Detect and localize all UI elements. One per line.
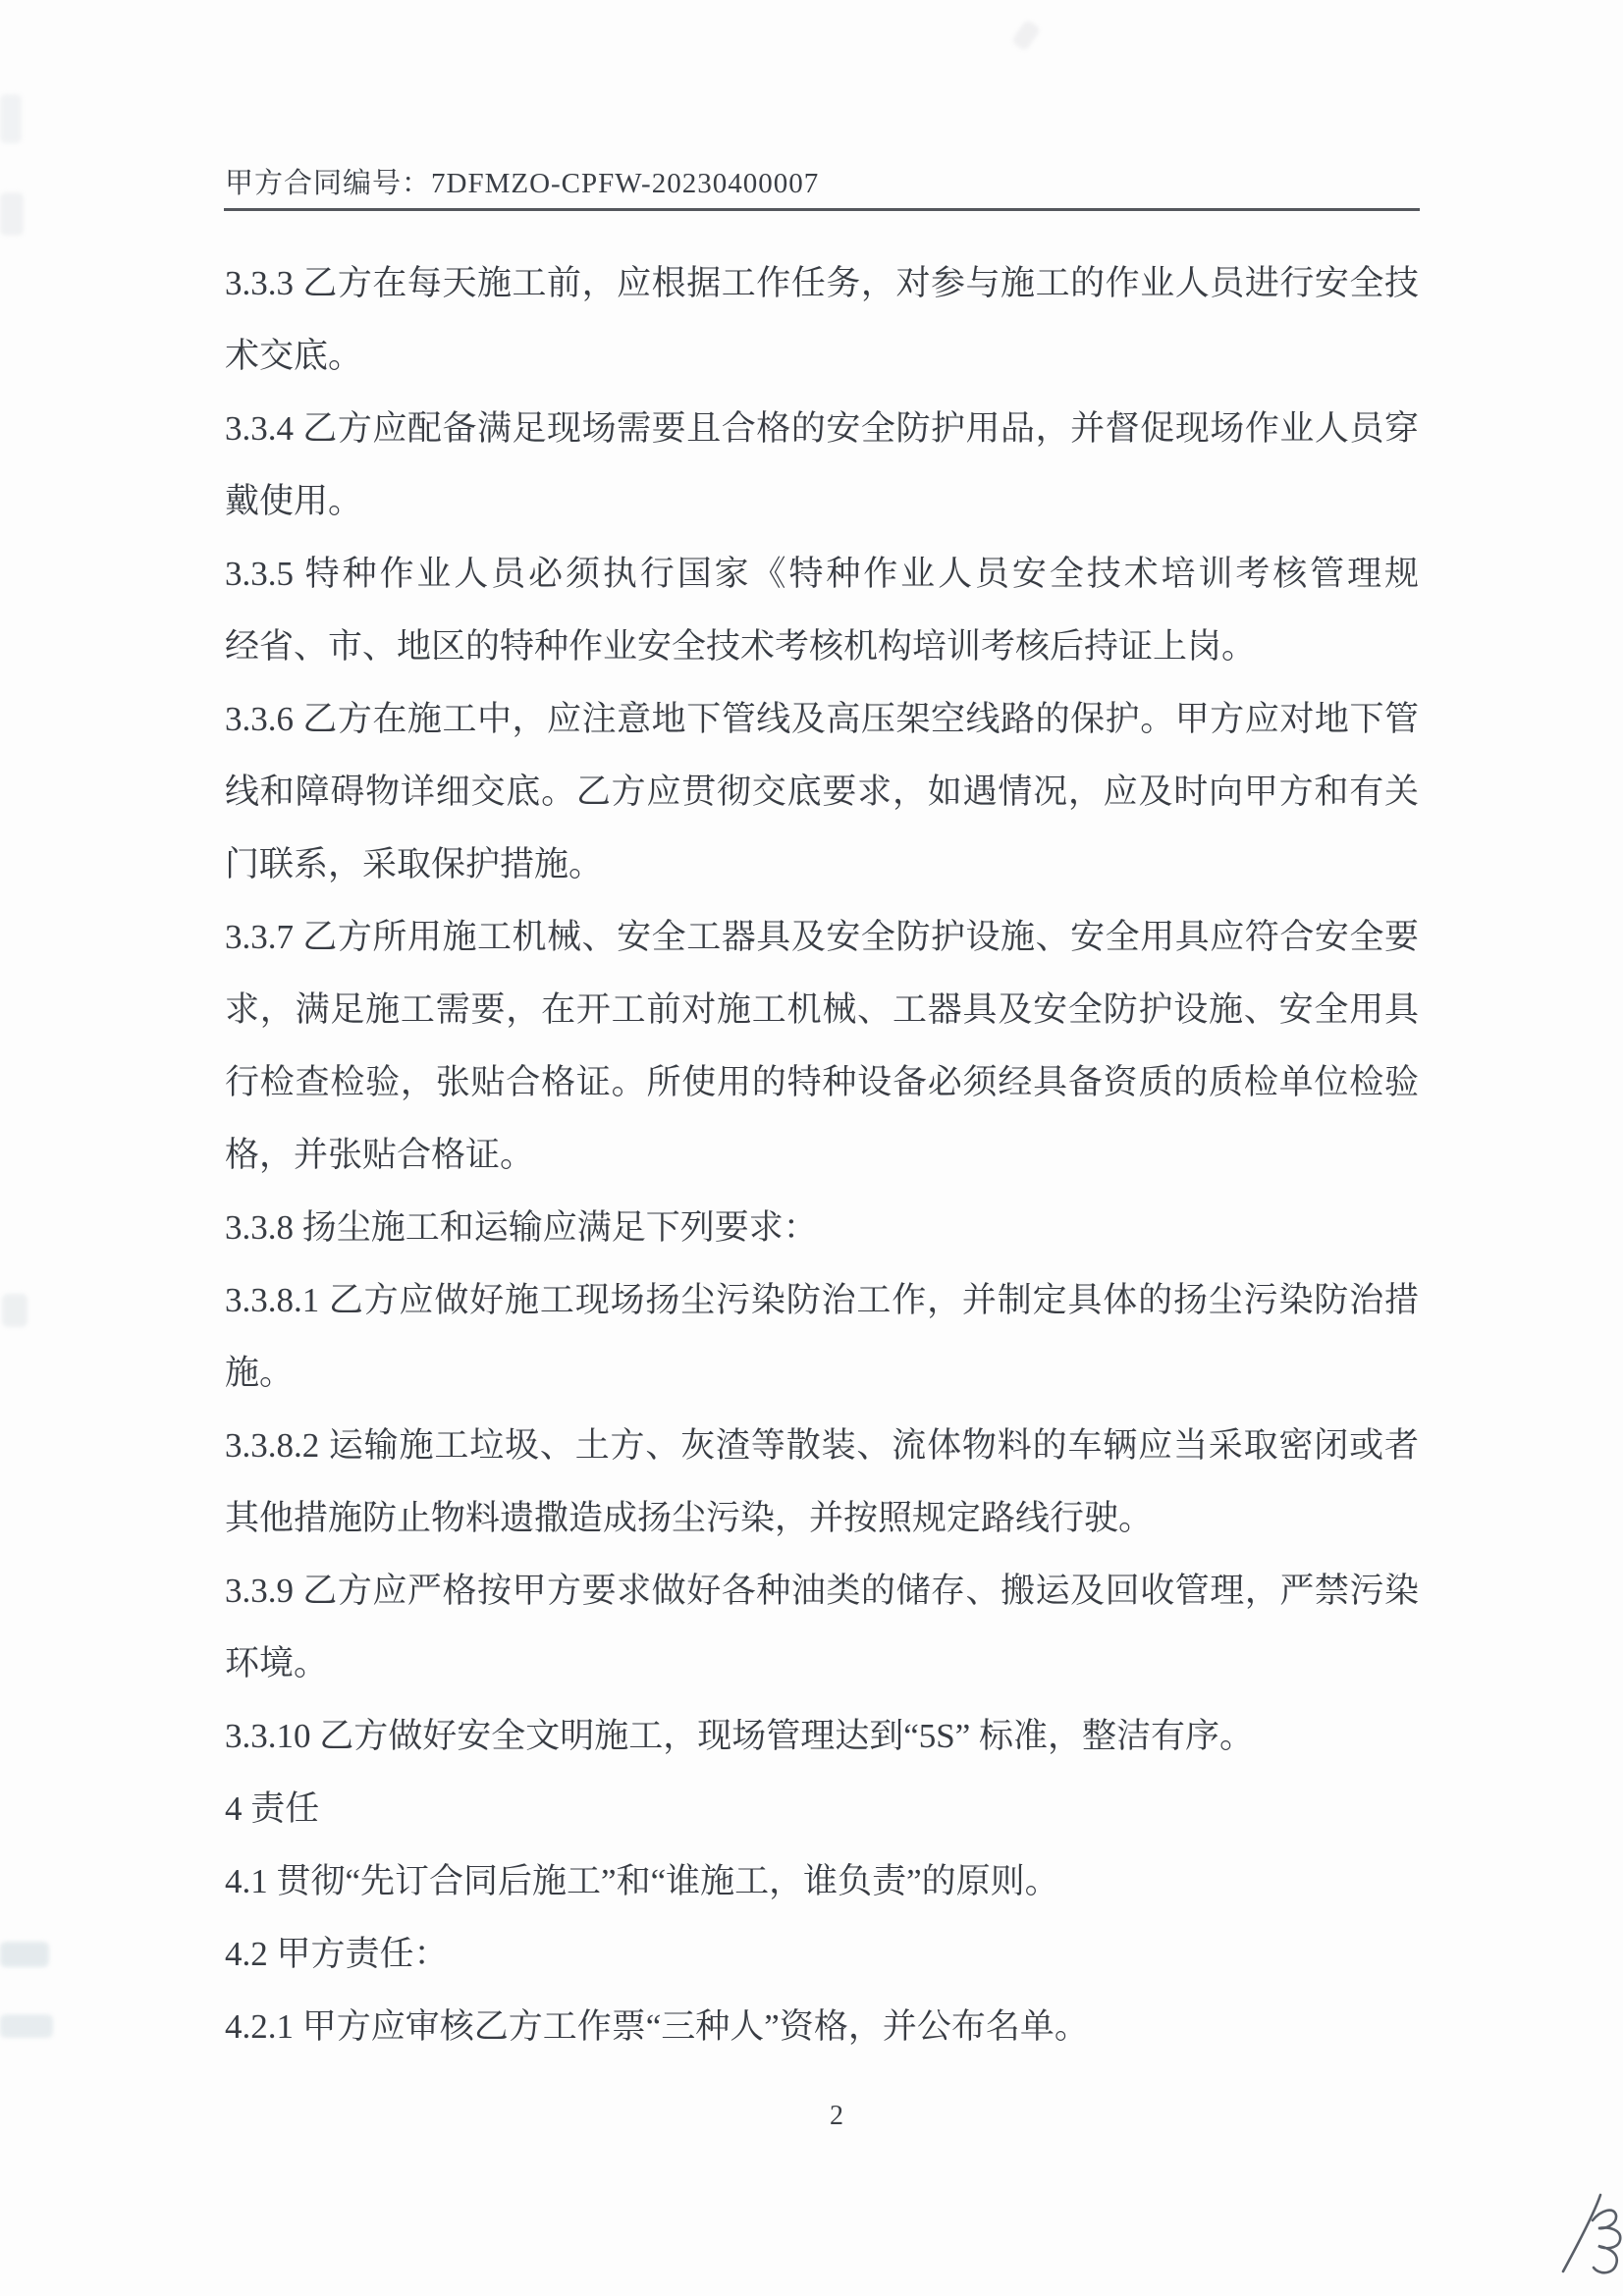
text-line: 环境。	[225, 1628, 1419, 1700]
text-line: 术交底。	[225, 320, 1419, 393]
scanned-contract-page: 甲方合同编号：7DFMZO-CPFW-20230400007 3.3.3 乙方在…	[0, 0, 1623, 2296]
text-line: 3.3.10 乙方做好安全文明施工，现场管理达到“5S” 标准，整洁有序。	[225, 1700, 1419, 1773]
text-line: 3.3.8.2 运输施工垃圾、土方、灰渣等散装、流体物料的车辆应当采取密闭或者	[225, 1410, 1419, 1482]
clause-3-3-5: 3.3.5 特种作业人员必须执行国家《特种作业人员安全技术培训考核管理规定》， …	[225, 538, 1419, 683]
contract-body: 3.3.3 乙方在每天施工前，应根据工作任务，对参与施工的作业人员进行安全技 术…	[225, 247, 1419, 2063]
text-line: 3.3.7 乙方所用施工机械、安全工器具及安全防护设施、安全用具应符合安全要	[225, 901, 1419, 974]
scan-smudge	[2, 1294, 27, 1327]
clause-3-3-4: 3.3.4 乙方应配备满足现场需要且合格的安全防护用品，并督促现场作业人员穿 戴…	[225, 393, 1419, 538]
text-line: 3.3.3 乙方在每天施工前，应根据工作任务，对参与施工的作业人员进行安全技	[225, 247, 1419, 320]
text-line: 格，并张贴合格证。	[225, 1119, 1419, 1192]
scan-smudge	[0, 1942, 49, 1967]
text-line: 戴使用。	[225, 465, 1419, 538]
text-line: 3.3.8.1 乙方应做好施工现场扬尘污染防治工作，并制定具体的扬尘污染防治措	[225, 1264, 1419, 1337]
text-line: 施。	[225, 1337, 1419, 1410]
clause-3-3-10: 3.3.10 乙方做好安全文明施工，现场管理达到“5S” 标准，整洁有序。	[225, 1700, 1419, 1773]
text-line: 行检查检验，张贴合格证。所使用的特种设备必须经具备资质的质检单位检验合	[225, 1046, 1419, 1119]
section-4-heading: 4 责任	[225, 1773, 1419, 1845]
header-divider	[224, 208, 1420, 211]
text-line: 4.2.1 甲方应审核乙方工作票“三种人”资格，并公布名单。	[225, 1991, 1419, 2063]
text-line: 4.1 贯彻“先订合同后施工”和“谁施工，谁负责”的原则。	[225, 1845, 1419, 1918]
contract-number-value: 7DFMZO-CPFW-20230400007	[431, 168, 819, 199]
text-line: 线和障碍物详细交底。乙方应贯彻交底要求，如遇情况，应及时向甲方和有关部	[225, 756, 1419, 828]
text-line: 其他措施防止物料遗撒造成扬尘污染，并按照规定路线行驶。	[225, 1482, 1419, 1555]
scan-smudge	[0, 94, 22, 143]
clause-4-2-1: 4.2.1 甲方应审核乙方工作票“三种人”资格，并公布名单。	[225, 1991, 1419, 2063]
clause-3-3-3: 3.3.3 乙方在每天施工前，应根据工作任务，对参与施工的作业人员进行安全技 术…	[225, 247, 1419, 393]
text-line: 3.3.8 扬尘施工和运输应满足下列要求：	[225, 1192, 1419, 1264]
contract-number-label: 甲方合同编号：	[225, 168, 431, 199]
text-line: 4 责任	[225, 1773, 1419, 1845]
clause-3-3-8: 3.3.8 扬尘施工和运输应满足下列要求：	[225, 1192, 1419, 1264]
text-line: 3.3.5 特种作业人员必须执行国家《特种作业人员安全技术培训考核管理规定》，	[225, 538, 1419, 611]
text-line: 门联系，采取保护措施。	[225, 828, 1419, 901]
clause-3-3-8-2: 3.3.8.2 运输施工垃圾、土方、灰渣等散装、流体物料的车辆应当采取密闭或者 …	[225, 1410, 1419, 1555]
contract-number-header: 甲方合同编号：7DFMZO-CPFW-20230400007	[225, 161, 819, 201]
scan-smudge	[1011, 19, 1042, 51]
page-number: 2	[830, 2101, 843, 2132]
text-line: 3.3.4 乙方应配备满足现场需要且合格的安全防护用品，并督促现场作业人员穿	[225, 393, 1419, 465]
signature-stroke-drawing	[1549, 2187, 1623, 2290]
scan-smudge	[0, 2014, 53, 2038]
clause-4-1: 4.1 贯彻“先订合同后施工”和“谁施工，谁负责”的原则。	[225, 1845, 1419, 1918]
text-line: 经省、市、地区的特种作业安全技术考核机构培训考核后持证上岗。	[225, 611, 1419, 683]
scan-smudge	[0, 192, 24, 236]
clause-3-3-8-1: 3.3.8.1 乙方应做好施工现场扬尘污染防治工作，并制定具体的扬尘污染防治措 …	[225, 1264, 1419, 1410]
text-line: 4.2 甲方责任：	[225, 1918, 1419, 1991]
handwritten-signature-mark	[1549, 2187, 1623, 2290]
text-line: 求，满足施工需要，在开工前对施工机械、工器具及安全防护设施、安全用具进	[225, 974, 1419, 1046]
clause-3-3-9: 3.3.9 乙方应严格按甲方要求做好各种油类的储存、搬运及回收管理，严禁污染 环…	[225, 1555, 1419, 1700]
text-line: 3.3.9 乙方应严格按甲方要求做好各种油类的储存、搬运及回收管理，严禁污染	[225, 1555, 1419, 1628]
text-line: 3.3.6 乙方在施工中，应注意地下管线及高压架空线路的保护。甲方应对地下管	[225, 683, 1419, 756]
clause-3-3-6: 3.3.6 乙方在施工中，应注意地下管线及高压架空线路的保护。甲方应对地下管 线…	[225, 683, 1419, 901]
clause-3-3-7: 3.3.7 乙方所用施工机械、安全工器具及安全防护设施、安全用具应符合安全要 求…	[225, 901, 1419, 1192]
clause-4-2: 4.2 甲方责任：	[225, 1918, 1419, 1991]
